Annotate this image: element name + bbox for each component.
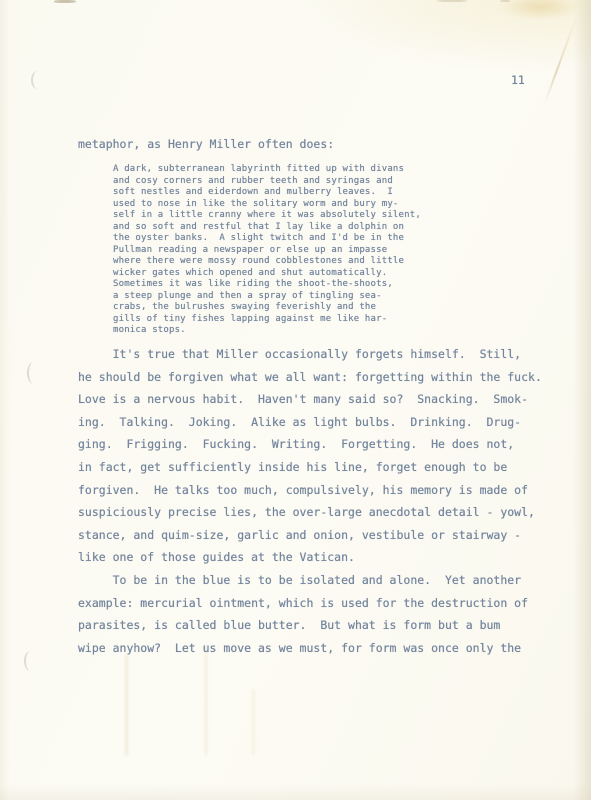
page-edge-shadow-bottom — [0, 784, 591, 800]
page-edge-shadow-left — [0, 0, 10, 800]
block-quote: A dark, subterranean labyrinth fitted up… — [113, 164, 421, 337]
paper-streak — [125, 655, 128, 755]
edge-speck — [500, 0, 510, 2]
paper-streak — [252, 690, 255, 755]
page-number: 11 — [511, 73, 525, 87]
paper-streak — [205, 645, 207, 755]
scanned-typescript-page: 11 metaphor, as Henry Miller often does:… — [0, 0, 591, 800]
edge-speck — [54, 0, 76, 3]
intro-line: metaphor, as Henry Miller often does: — [78, 137, 334, 151]
edge-speck — [437, 0, 467, 2]
margin-pencil-mark — [27, 362, 40, 384]
paper-smudge — [500, 0, 580, 20]
margin-pencil-mark — [31, 71, 44, 89]
body-text: It's true that Miller occasionally forge… — [78, 343, 542, 659]
margin-pencil-mark — [24, 651, 37, 671]
page-edge-shadow-right — [573, 0, 591, 800]
